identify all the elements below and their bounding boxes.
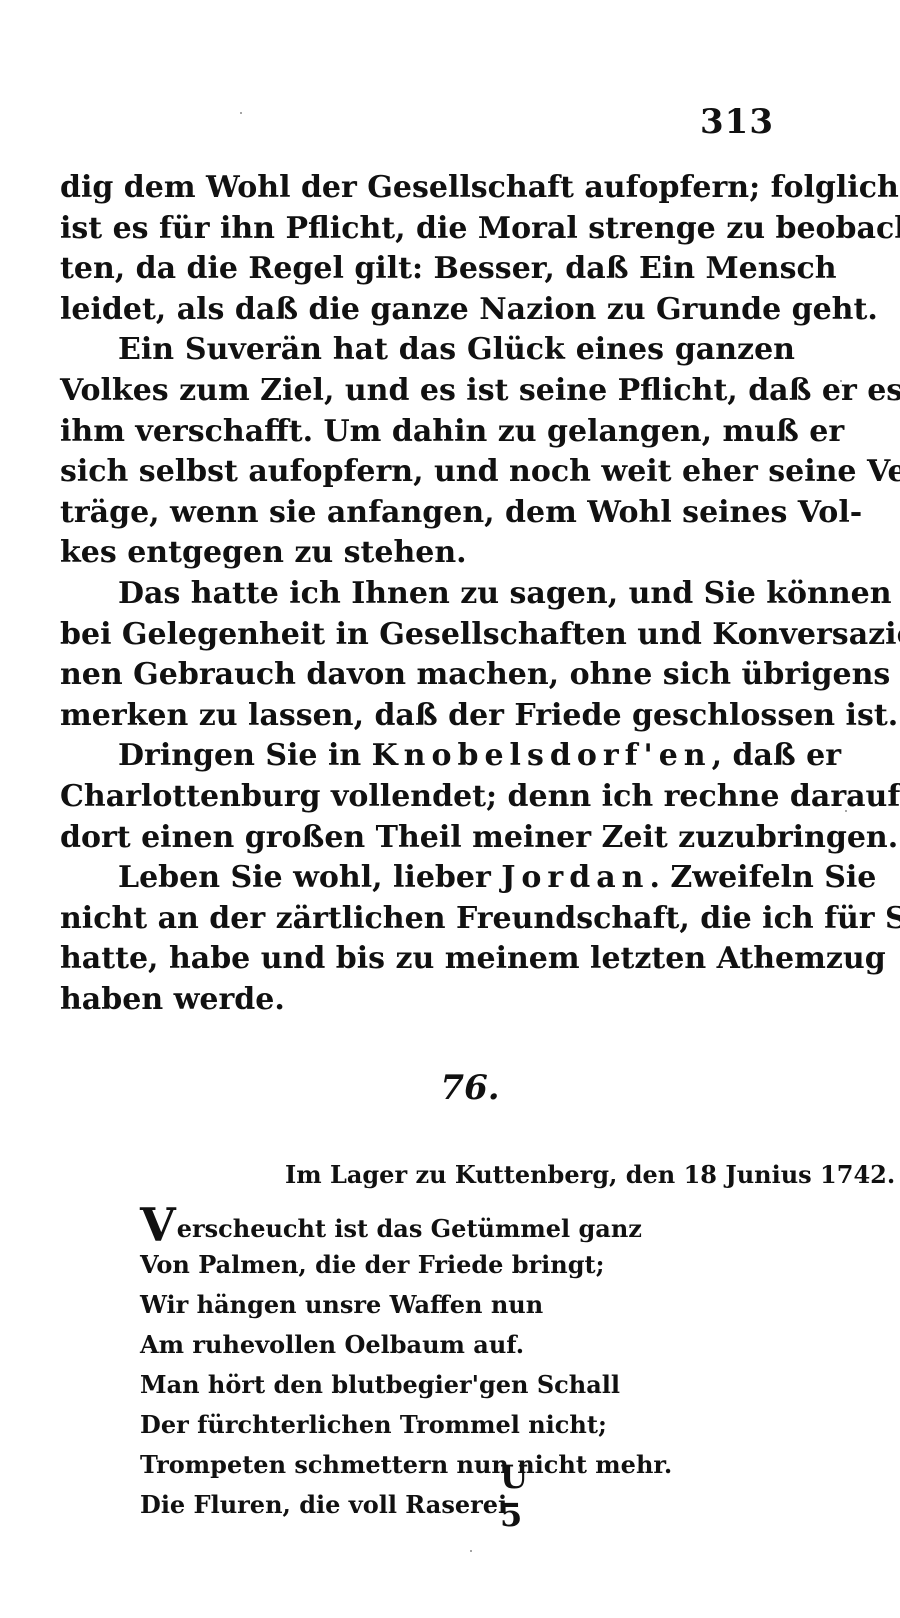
paragraph-start-line: Leben Sie wohl, lieber Jordan. Zweifeln … <box>60 858 795 899</box>
letter-number: 76. <box>0 1068 900 1108</box>
text-line: dort einen großen Theil meiner Zeit zuzu… <box>60 818 795 859</box>
text-line: kes entgegen zu stehen. <box>60 533 795 574</box>
poem-verse-first: Verscheucht ist das Getümmel ganz <box>140 1205 700 1245</box>
text-line: nicht an der zärtlichen Freundschaft, di… <box>60 899 795 940</box>
text-line: merken zu lassen, daß der Friede geschlo… <box>60 696 795 737</box>
poem-verse: Von Palmen, die der Friede bringt; <box>140 1245 700 1285</box>
paragraph-start-line: Das hatte ich Ihnen zu sagen, und Sie kö… <box>60 574 795 615</box>
letter-dateline: Im Lager zu Kuttenberg, den 18 Junius 17… <box>285 1160 790 1189</box>
poem-verse: Man hört den blutbegier'gen Schall <box>140 1365 700 1405</box>
scan-speck <box>470 1550 472 1552</box>
poem-verse: Trompeten schmettern nun nicht mehr. <box>140 1445 700 1485</box>
poem-verse: Wir hängen unsre Waffen nun <box>140 1285 700 1325</box>
text-line: bei Gelegenheit in Gesellschaften und Ko… <box>60 615 795 656</box>
text-line: hatte, habe und bis zu meinem letzten At… <box>60 939 795 980</box>
paragraph-start-line: Ein Suverän hat das Glück eines ganzen <box>60 330 795 371</box>
text-line: haben werde. <box>60 980 795 1021</box>
signature-mark: U 5 <box>500 1458 580 1534</box>
spaced-name: Knobelsdorf'en <box>372 738 712 773</box>
text-line: nen Gebrauch davon machen, ohne sich übr… <box>60 655 795 696</box>
letter-body: dig dem Wohl der Gesellschaft aufopfern;… <box>60 168 795 1020</box>
poem: Verscheucht ist das Getümmel ganz Von Pa… <box>140 1205 700 1525</box>
poem-verse: Die Fluren, die voll Raserei <box>140 1485 700 1525</box>
page-number: 313 <box>700 102 770 142</box>
text-line: ihm verschafft. Um dahin zu gelangen, mu… <box>60 412 795 453</box>
verse-text: erscheucht ist das Getümmel ganz <box>177 1214 642 1243</box>
text-line: leidet, als daß die ganze Nazion zu Grun… <box>60 290 795 331</box>
text-line: ten, da die Regel gilt: Besser, daß Ein … <box>60 249 795 290</box>
scan-speck <box>845 810 847 812</box>
scan-speck <box>840 380 842 382</box>
text-line: Charlottenburg vollendet; denn ich rechn… <box>60 777 795 818</box>
paragraph-start-line: Dringen Sie in Knobelsdorf'en, daß er <box>60 736 795 777</box>
text-line: sich selbst aufopfern, und noch weit ehe… <box>60 452 795 493</box>
text-line: Volkes zum Ziel, und es ist seine Pflich… <box>60 371 795 412</box>
drop-cap: V <box>140 1198 176 1252</box>
scan-speck <box>240 112 242 114</box>
poem-verse: Am ruhevollen Oelbaum auf. <box>140 1325 700 1365</box>
poem-verse: Der fürchterlichen Trommel nicht; <box>140 1405 700 1445</box>
book-page: 313 dig dem Wohl der Gesellschaft aufopf… <box>0 0 900 1618</box>
spaced-name: Jordan <box>501 860 649 895</box>
text-line: ist es für ihn Pflicht, die Moral streng… <box>60 209 795 250</box>
text-line: dig dem Wohl der Gesellschaft aufopfern;… <box>60 168 795 209</box>
text-line: träge, wenn sie anfangen, dem Wohl seine… <box>60 493 795 534</box>
